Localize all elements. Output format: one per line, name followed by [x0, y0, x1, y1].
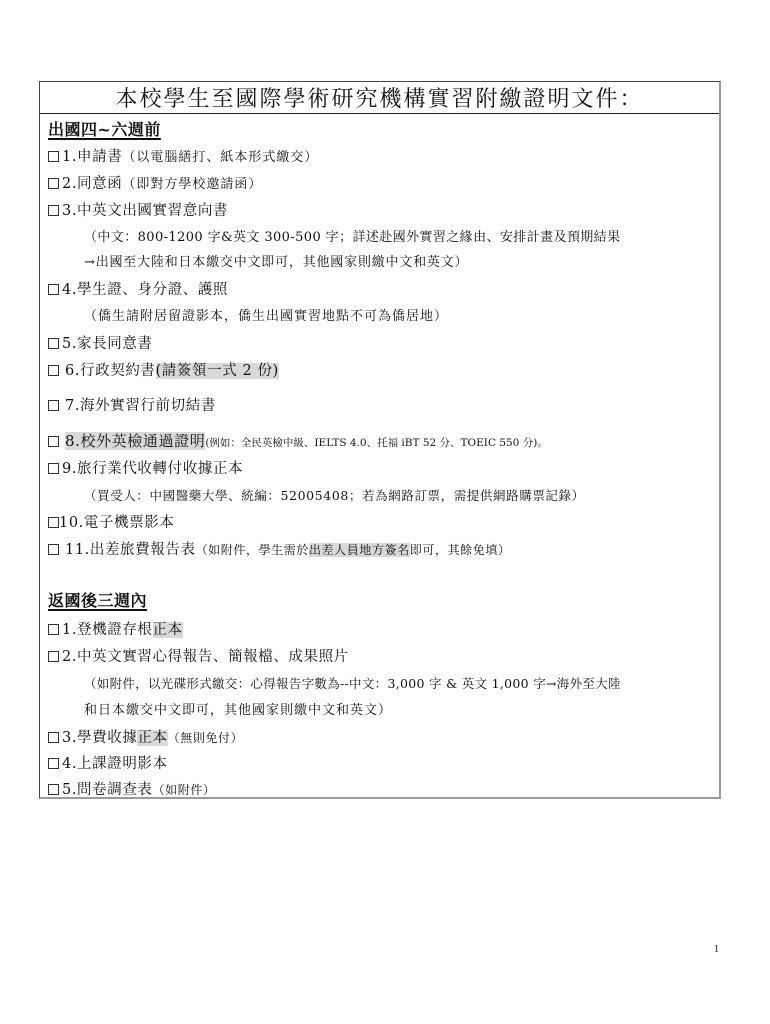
checklist-item-9: 9.旅行業代收轉付收據正本: [48, 457, 243, 481]
item-label: 2.同意函: [62, 176, 122, 192]
document-title: 本校學生至國際學術研究機構實習附繳證明文件：: [40, 82, 719, 114]
item-label: 8.校外英檢通過證明: [65, 432, 205, 450]
item-label: 4.上課證明影本: [62, 756, 168, 772]
return-item-3: 3.學費收據正本（無則免付）: [48, 726, 243, 750]
item-label: 5.家長同意書: [62, 336, 153, 352]
highlighted-note: 出差人員地方簽名: [309, 543, 410, 557]
checkbox[interactable]: [48, 284, 59, 295]
return-item-5: 5.問卷調查表（如附件）: [48, 778, 216, 802]
highlighted-note: 正本: [137, 730, 167, 746]
item-note: （以電腦繕打、紙本形式繳交）: [122, 150, 318, 165]
item-label: 10.電子機票影本: [59, 515, 174, 531]
item-label: 7.海外實習行前切結書: [65, 398, 216, 414]
return-item-4: 4.上課證明影本: [48, 752, 168, 776]
checklist-item-5: 5.家長同意書: [48, 332, 153, 356]
return-item-2: 2.中英文實習心得報告、簡報檔、成果照片: [48, 645, 349, 669]
item-note: （僑生請附居留證影本，僑生出國實習地點不可為僑居地）: [84, 305, 448, 329]
item-note: →出國至大陸和日本繳交中文即可，其他國家則繳中文和英文）: [84, 251, 468, 275]
item-label: 6.行政契約書: [65, 363, 156, 379]
item-label: 1.登機證存根: [62, 622, 153, 638]
section-heading-before-departure: 出國四~六週前: [48, 118, 161, 142]
item-label: 3.中英文出國實習意向書: [62, 203, 228, 219]
checkbox[interactable]: [48, 732, 59, 743]
item-label: 4.學生證、身分證、護照: [62, 282, 228, 298]
checklist-item-3: 3.中英文出國實習意向書: [48, 199, 228, 223]
checkbox[interactable]: [48, 205, 59, 216]
checkbox[interactable]: [48, 436, 59, 447]
item-note: （如附件）: [153, 783, 216, 797]
item-note: （中文：800-1200 字&英文 300-500 字；詳述赴國外實習之緣由、安…: [84, 226, 620, 250]
checklist-item-11: 11.出差旅費報告表（如附件，學生需於出差人員地方簽名即可，其餘免填）: [48, 538, 511, 562]
checklist-item-2: 2.同意函（即對方學校邀請函）: [48, 172, 262, 196]
document-table: 本校學生至國際學術研究機構實習附繳證明文件： 出國四~六週前 1.申請書（以電腦…: [39, 81, 721, 799]
return-item-1: 1.登機證存根正本: [48, 618, 183, 642]
checkbox[interactable]: [48, 624, 59, 635]
checkbox[interactable]: [48, 758, 59, 769]
checklist-item-6: 6.行政契約書(請簽領一式 2 份): [48, 359, 279, 383]
item-note: （如附件，以光碟形式繳交：心得報告字數為--中文：3,000 字 & 英文 1,…: [84, 672, 621, 696]
section-heading-after-return: 返國後三週內: [48, 589, 147, 613]
item-note: （無則免付）: [168, 731, 244, 745]
item-note: 即可，其餘免填）: [410, 543, 511, 557]
checkbox[interactable]: [48, 651, 59, 662]
highlighted-note: 正本: [153, 622, 183, 638]
item-note: 和日本繳交中文即可，其他國家則繳中文和英文）: [84, 699, 392, 723]
item-label: 9.旅行業代收轉付收據正本: [62, 461, 243, 477]
checklist-item-8: 8.校外英檢通過證明(例如：全民英檢中級、IELTS 4.0、托福 iBT 52…: [48, 429, 548, 453]
item-note: (例如：全民英檢中級、IELTS 4.0、托福 iBT 52 分、TOEIC 5…: [205, 437, 547, 449]
item-label: 2.中英文實習心得報告、簡報檔、成果照片: [62, 649, 349, 665]
checkbox[interactable]: [48, 463, 59, 474]
checkbox[interactable]: [48, 178, 59, 189]
checkbox[interactable]: [48, 151, 59, 162]
highlighted-note: (請簽領一式 2 份): [156, 363, 279, 379]
item-label: 11.出差旅費報告表: [65, 542, 196, 558]
item-note: （即對方學校邀請函）: [122, 177, 262, 192]
checkbox[interactable]: [48, 784, 59, 795]
item-label: 5.問卷調查表: [62, 782, 153, 798]
item-note: （買受人：中國醫藥大學、統編：52005408；若為網路訂票，需提供網路購票記錄…: [84, 484, 585, 508]
page-number: 1: [714, 944, 719, 955]
checkbox[interactable]: [48, 338, 59, 349]
checklist-item-1: 1.申請書（以電腦繕打、紙本形式繳交）: [48, 145, 318, 169]
checklist-item-4: 4.學生證、身分證、護照: [48, 278, 228, 302]
item-label: 1.申請書: [62, 149, 122, 165]
checklist-item-7: 7.海外實習行前切結書: [48, 394, 216, 418]
item-label: 3.學費收據: [62, 730, 137, 746]
item-note: （如附件，學生需於: [196, 543, 309, 557]
checklist-item-10: 10.電子機票影本: [48, 511, 174, 535]
checkbox[interactable]: [48, 400, 59, 411]
checkbox[interactable]: [48, 517, 59, 528]
checkbox[interactable]: [48, 544, 59, 555]
checkbox[interactable]: [48, 365, 59, 376]
